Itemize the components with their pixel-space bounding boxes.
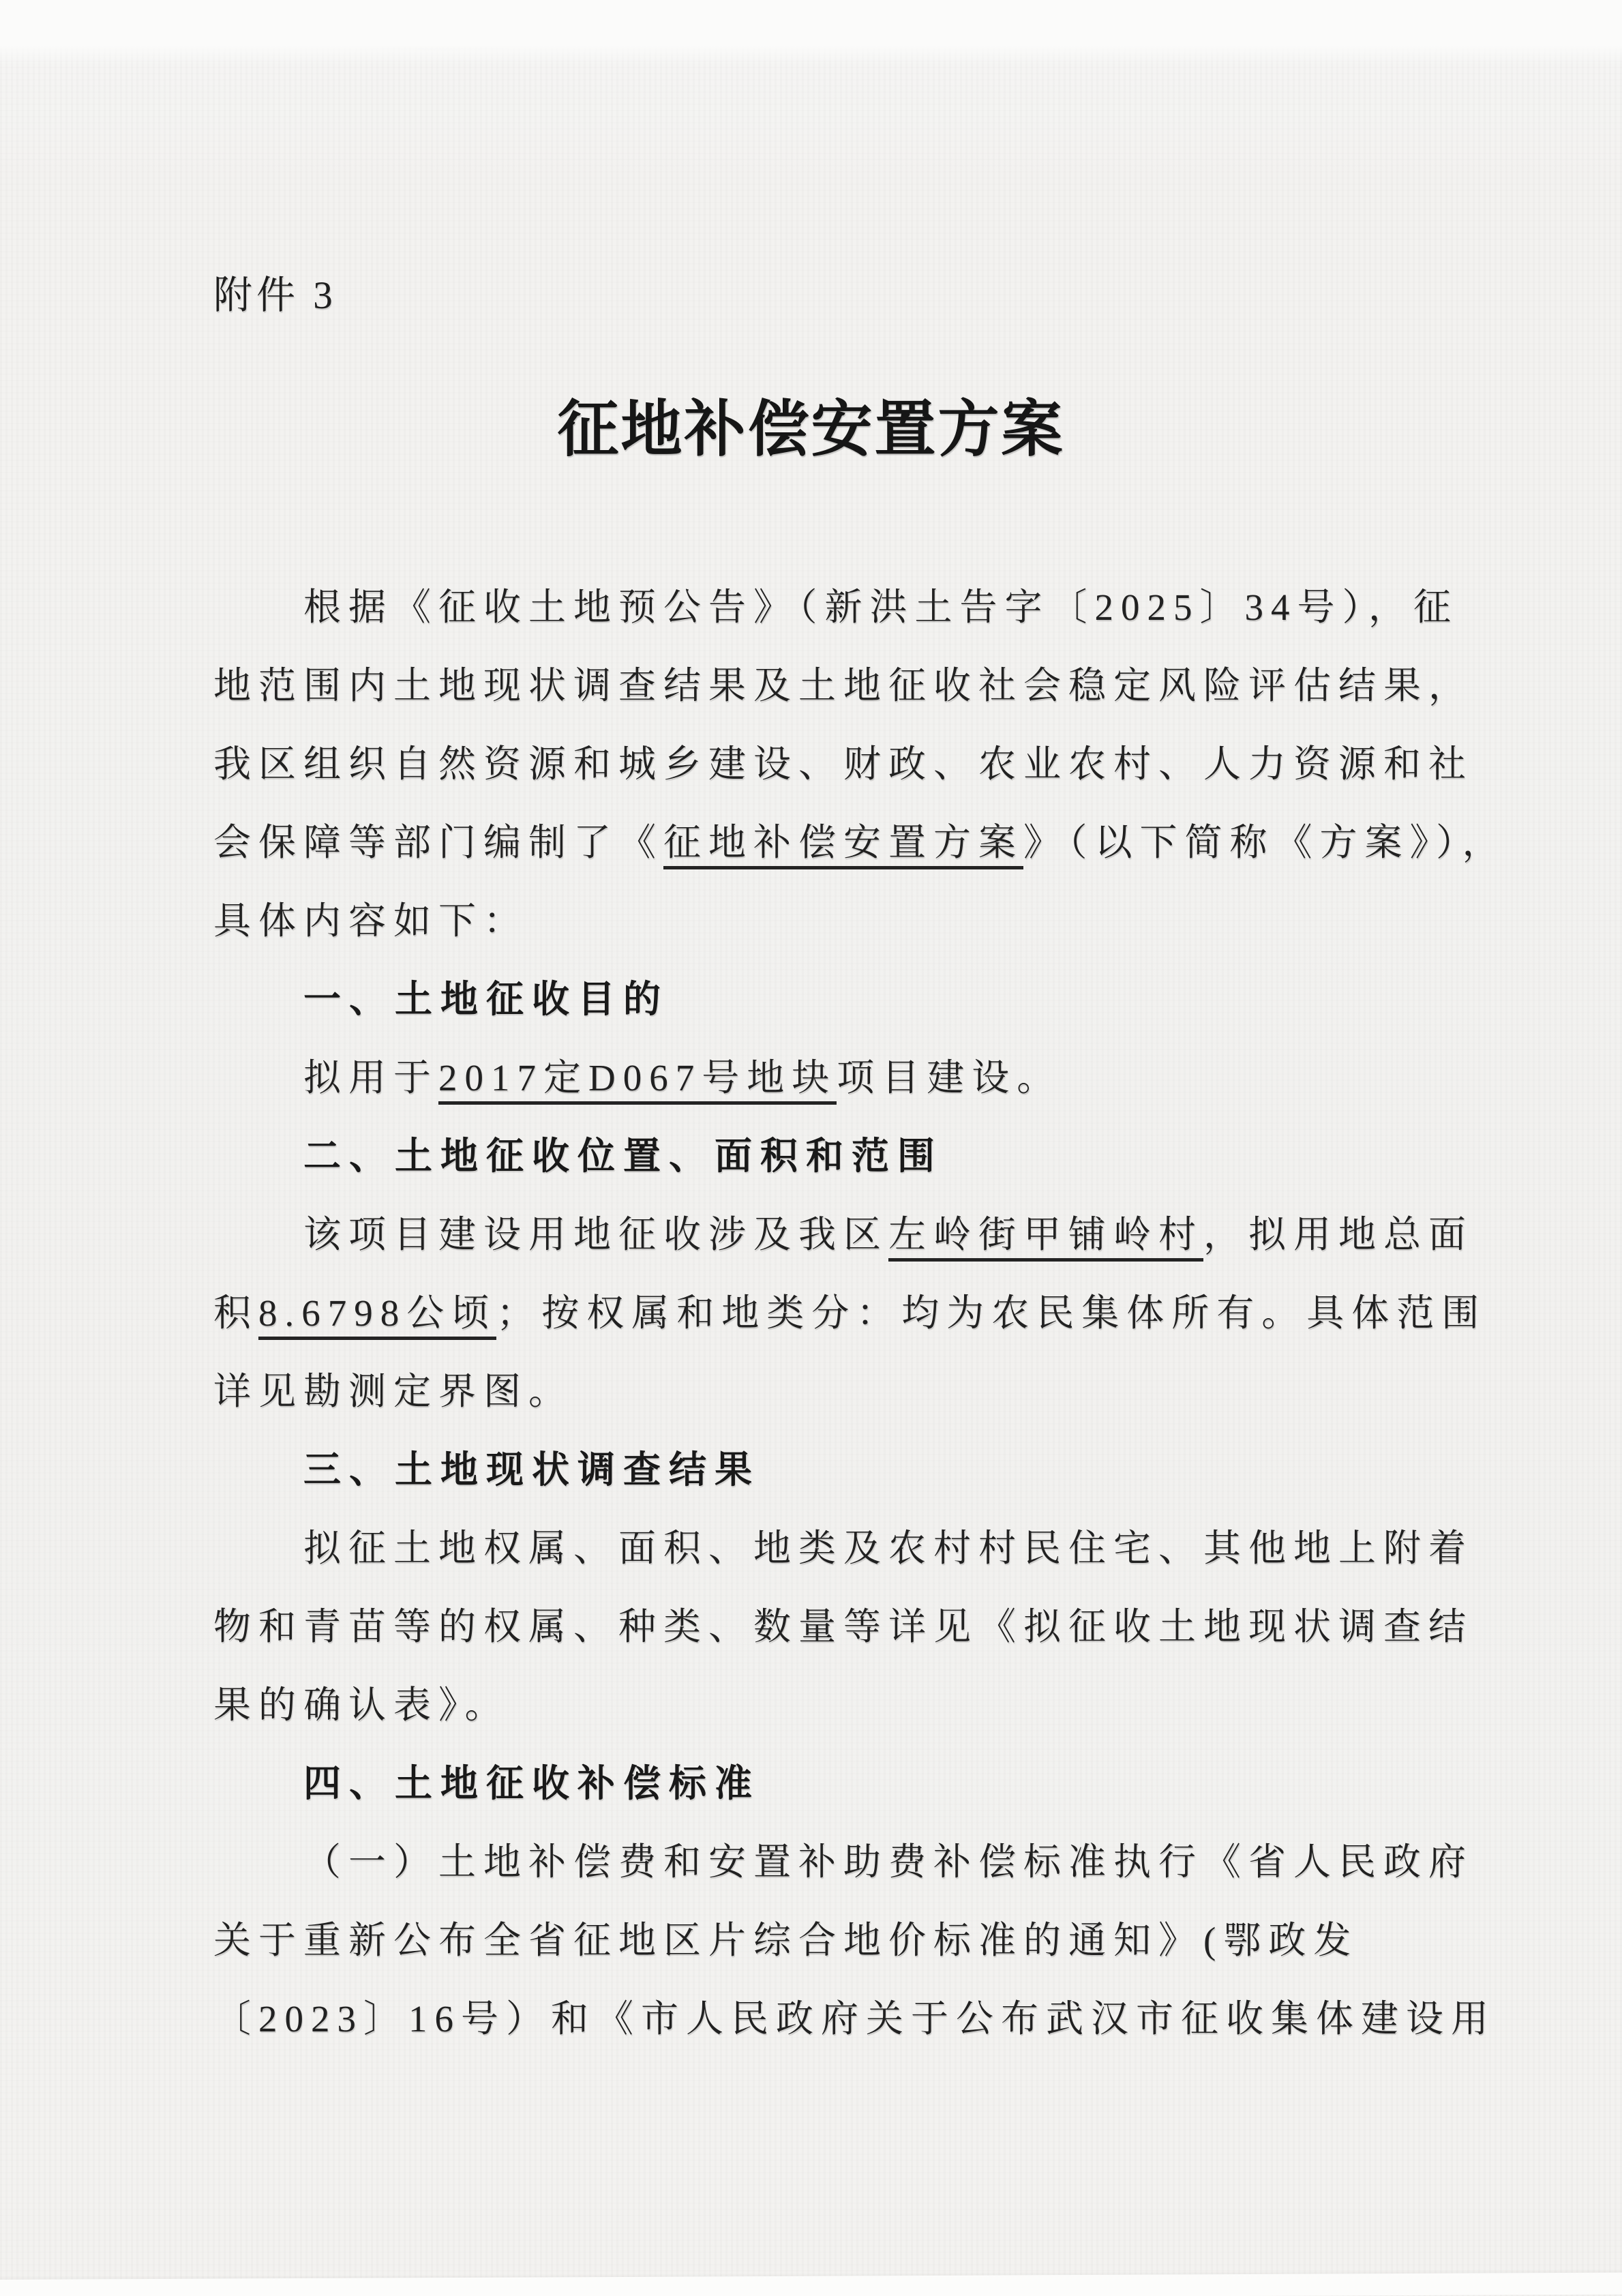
- page-title: 征地补偿安置方案: [0, 390, 1622, 471]
- line-text: 地范围内土地现状调查结果及土地征收社会稳定风险评估结果，: [213, 665, 1473, 706]
- body-line: 拟用于2017定D067号地块项目建设。: [213, 1039, 1434, 1117]
- line-text: ，拟用地总面: [1203, 1214, 1473, 1255]
- scan-bottom-edge: [0, 2272, 1622, 2296]
- body-line: （一）土地补偿费和安置补助费补偿标准执行《省人民政府: [213, 1823, 1434, 1901]
- body-line: 根据《征收土地预公告》（新洪土告字〔2025〕34号），征: [213, 568, 1434, 646]
- underlined-text: 2017定D067号地块: [438, 1057, 837, 1105]
- section-heading-2: 二、土地征收位置、面积和范围: [213, 1117, 1434, 1195]
- line-text: 积: [213, 1292, 258, 1334]
- section-heading-1: 一、土地征收目的: [213, 960, 1434, 1039]
- underlined-text: 8.6798公顷: [258, 1292, 496, 1340]
- heading-text: 一、土地征收目的: [303, 978, 669, 1020]
- body-line: 详见勘测定界图。: [213, 1352, 1434, 1431]
- line-text: （一）土地补偿费和安置补助费补偿标准执行《省人民政府: [303, 1841, 1473, 1883]
- line-text: 详见勘测定界图。: [213, 1371, 573, 1412]
- section-heading-3: 三、土地现状调查结果: [213, 1431, 1434, 1509]
- line-text: 具体内容如下：: [213, 900, 528, 942]
- body-line: 积8.6798公顷；按权属和地类分：均为农民集体所有。具体范围: [213, 1274, 1434, 1352]
- line-text: 》（以下简称《方案》），: [1023, 822, 1507, 863]
- body-line: 果的确认表》。: [213, 1666, 1434, 1744]
- body-line: 拟征土地权属、面积、地类及农村村民住宅、其他地上附着: [213, 1509, 1434, 1587]
- underlined-text: 左岭街甲铺岭村: [888, 1214, 1203, 1262]
- line-text: 我区组织自然资源和城乡建设、财政、农业农村、人力资源和社: [213, 743, 1473, 785]
- line-text: ；按权属和地类分：均为农民集体所有。具体范围: [496, 1292, 1486, 1334]
- body-line: 具体内容如下：: [213, 882, 1434, 960]
- body-line: 该项目建设用地征收涉及我区左岭街甲铺岭村，拟用地总面: [213, 1195, 1434, 1274]
- heading-text: 三、土地现状调查结果: [303, 1448, 760, 1491]
- attachment-label: 附件 3: [213, 271, 337, 320]
- body-line: 〔2023〕16号）和《市人民政府关于公布武汉市征收集体建设用: [213, 1980, 1434, 2058]
- body-line: 地范围内土地现状调查结果及土地征收社会稳定风险评估结果，: [213, 646, 1434, 725]
- line-text: 该项目建设用地征收涉及我区: [303, 1214, 888, 1255]
- line-text: 拟用于: [303, 1057, 438, 1099]
- line-text: 关于重新公布全省征地区片综合地价标准的通知》(鄂政发: [213, 1920, 1358, 1961]
- document-body: 根据《征收土地预公告》（新洪土告字〔2025〕34号），征 地范围内土地现状调查…: [213, 568, 1434, 2058]
- line-text: 物和青苗等的权属、种类、数量等详见《拟征收土地现状调查结: [213, 1606, 1473, 1648]
- line-text: 根据《征收土地预公告》（新洪土告字〔2025〕34号），征: [303, 586, 1458, 628]
- body-line: 物和青苗等的权属、种类、数量等详见《拟征收土地现状调查结: [213, 1587, 1434, 1666]
- scan-top-edge: [0, 0, 1622, 65]
- line-text: 拟征土地权属、面积、地类及农村村民住宅、其他地上附着: [303, 1527, 1473, 1569]
- body-line: 会保障等部门编制了《征地补偿安置方案》（以下简称《方案》），: [213, 803, 1434, 882]
- underlined-text: 征地补偿安置方案: [663, 822, 1023, 869]
- line-text: 〔2023〕16号）和《市人民政府关于公布武汉市征收集体建设用: [213, 1998, 1496, 2040]
- line-text: 果的确认表》。: [213, 1684, 510, 1726]
- body-line: 关于重新公布全省征地区片综合地价标准的通知》(鄂政发: [213, 1901, 1434, 1980]
- scanned-document-page: 附件 3 征地补偿安置方案 根据《征收土地预公告》（新洪土告字〔2025〕34号…: [0, 0, 1622, 2296]
- body-line: 我区组织自然资源和城乡建设、财政、农业农村、人力资源和社: [213, 725, 1434, 803]
- section-heading-4: 四、土地征收补偿标准: [213, 1744, 1434, 1823]
- line-text: 会保障等部门编制了《: [213, 822, 663, 863]
- line-text: 项目建设。: [837, 1057, 1062, 1099]
- heading-text: 四、土地征收补偿标准: [303, 1762, 760, 1804]
- heading-text: 二、土地征收位置、面积和范围: [303, 1135, 943, 1177]
